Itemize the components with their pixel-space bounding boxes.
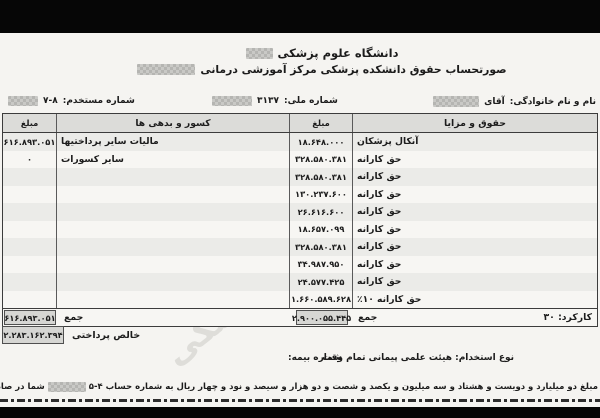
- earning-label: آنکال پزشکان: [353, 133, 597, 151]
- table-header-row: مبلغ کسور و بدهی ها مبلغ حقوق و مزایا: [3, 114, 597, 133]
- work-days: کارکرد: ۳۰: [543, 312, 592, 323]
- deductions-amount-header: مبلغ: [3, 114, 57, 132]
- insurance-number-label: شماره بیمه:: [288, 353, 342, 363]
- earning-amount: ۳۴.۹۸۷.۹۵۰: [290, 256, 353, 274]
- name-label: نام و نام خانوادگی:: [510, 97, 596, 107]
- earning-amount: ۱۳۰.۲۳۷.۶۰۰: [290, 186, 353, 204]
- deductions-total-cell: ۶۱۶.۸۹۳.۰۵۱: [3, 309, 57, 326]
- national-id-label: شماره ملی:: [284, 96, 338, 106]
- deposit-text-start: مبلغ دو میلیارد و دویست و هشتاد و سه میل…: [89, 382, 598, 392]
- net-pay-box: ۲.۲۸۳.۱۶۲.۳۹۴: [2, 326, 64, 344]
- table-row: ۳۲۸.۵۸۰.۳۸۱ حق کارانه: [3, 168, 597, 186]
- deduction-amount: [3, 238, 57, 256]
- deposit-statement: مبلغ دو میلیارد و دویست و هشتاد و سه میل…: [0, 380, 600, 394]
- deductions-header: کسور و بدهی ها: [57, 114, 290, 132]
- earning-label: حق کارانه: [353, 186, 597, 204]
- deduction-label: سایر کسورات: [57, 151, 290, 169]
- deduction-label: [57, 291, 290, 309]
- statement-title: صورتحساب حقوق دانشکده پزشکی مرکز آموزشی …: [200, 63, 506, 76]
- deduction-amount: [3, 203, 57, 221]
- deduction-label: [57, 186, 290, 204]
- deductions-total-box: ۶۱۶.۸۹۳.۰۵۱: [4, 310, 56, 325]
- deposit-text-end: شما در صادرات شعبه مرکزی(سپهرکارت) واریز…: [0, 382, 45, 392]
- deduction-label: [57, 203, 290, 221]
- deduction-label: [57, 221, 290, 239]
- earning-label: حق کارانه: [353, 168, 597, 186]
- deduction-label: [57, 273, 290, 291]
- earning-amount: ۳۲۸.۵۸۰.۳۸۱: [290, 168, 353, 186]
- earning-label: حق کارانه: [353, 238, 597, 256]
- employee-number-field: شماره مستخدم: ۷-۸: [8, 96, 135, 106]
- sum-label: جمع: [64, 312, 83, 323]
- deduction-amount: [3, 168, 57, 186]
- name-field: نام و نام خانوادگی: آقای: [433, 96, 596, 107]
- earning-amount: ۱.۶۶۰.۵۸۹.۶۲۸: [290, 291, 353, 309]
- table-row: ۶۱۶.۸۹۳.۰۵۱ مالیات سایر پرداختیها ۱۸.۶۴۸…: [3, 133, 597, 151]
- dashed-separator-line: [0, 399, 600, 402]
- earning-label: حق کارانه: [353, 273, 597, 291]
- table-row: ۱۸.۶۵۷.۰۹۹ حق کارانه: [3, 221, 597, 239]
- totals-row: ۶۱۶.۸۹۳.۰۵۱ جمع ۲.۹۰۰.۰۵۵.۴۴۵ جمع کارکرد…: [3, 308, 597, 326]
- net-pay-row: ۲.۲۸۳.۱۶۲.۳۹۴ خالص پرداختی: [2, 326, 140, 344]
- deduction-label: [57, 256, 290, 274]
- employee-number-value: ۷-۸: [43, 96, 58, 106]
- earning-amount: ۱۸.۶۴۸.۰۰۰: [290, 133, 353, 151]
- earnings-amount-header: مبلغ: [290, 114, 353, 132]
- university-title-line: دانشگاه علوم پزشکی: [246, 45, 399, 61]
- deduction-label: [57, 238, 290, 256]
- earning-amount: ۳۲۸.۵۸۰.۳۸۱: [290, 151, 353, 169]
- table-row: ۱۳۰.۲۳۷.۶۰۰ حق کارانه: [3, 186, 597, 204]
- name-prefix: آقای: [484, 97, 505, 107]
- deduction-label: [57, 168, 290, 186]
- employee-number-label: شماره مستخدم:: [63, 96, 135, 106]
- employee-info-row: نام و نام خانوادگی: آقای شماره ملی: ۳۱۳۷…: [0, 96, 600, 110]
- earning-label: حق کارانه: [353, 151, 597, 169]
- deductions-sum-label-cell: جمع: [57, 309, 290, 326]
- earning-label: حق کارانه ۱۰٪: [353, 291, 597, 309]
- table-row: ۰ سایر کسورات ۳۲۸.۵۸۰.۳۸۱ حق کارانه: [3, 151, 597, 169]
- account-number-redaction: [48, 382, 86, 392]
- employment-row: نوع استخدام: هیئت علمی پیمانی تمام وقت ش…: [0, 353, 600, 366]
- table-row: ۳۴.۹۸۷.۹۵۰ حق کارانه: [3, 256, 597, 274]
- deduction-amount: ۶۱۶.۸۹۳.۰۵۱: [3, 133, 57, 151]
- table-row: ۲۶.۶۱۶.۶۰۰ حق کارانه: [3, 203, 597, 221]
- deduction-amount: [3, 273, 57, 291]
- table-row: ۲۴.۵۷۷.۴۲۵ حق کارانه: [3, 273, 597, 291]
- national-id-field: شماره ملی: ۳۱۳۷: [212, 96, 338, 106]
- name-redaction: [433, 96, 479, 107]
- university-name-redaction: [246, 48, 273, 59]
- earning-amount: ۳۲۸.۵۸۰.۳۸۱: [290, 238, 353, 256]
- earnings-total-cell: ۲.۹۰۰.۰۵۵.۴۴۵: [290, 309, 353, 326]
- earning-amount: ۲۶.۶۱۶.۶۰۰: [290, 203, 353, 221]
- statement-title-line: صورتحساب حقوق دانشکده پزشکی مرکز آموزشی …: [137, 61, 506, 77]
- employment-type: نوع استخدام: هیئت علمی پیمانی تمام وقت: [322, 353, 514, 363]
- national-id-value: ۳۱۳۷: [257, 96, 279, 106]
- earning-label: حق کارانه: [353, 256, 597, 274]
- national-id-redaction: [212, 96, 252, 106]
- earnings-total-box: ۲.۹۰۰.۰۵۵.۴۴۵: [296, 310, 348, 325]
- deduction-label: مالیات سایر پرداختیها: [57, 133, 290, 151]
- earning-label: حق کارانه: [353, 203, 597, 221]
- net-pay-label: خالص پرداختی: [72, 330, 140, 341]
- earning-label: حق کارانه: [353, 221, 597, 239]
- center-name-redaction: [137, 64, 195, 75]
- table-row: ۱.۶۶۰.۵۸۹.۶۲۸ حق کارانه ۱۰٪: [3, 291, 597, 309]
- top-redaction-bar: [0, 0, 600, 33]
- document-header: دانشگاه علوم پزشکی صورتحساب حقوق دانشکده…: [22, 45, 600, 77]
- bottom-redaction-bar: [0, 407, 600, 418]
- earning-amount: ۱۸.۶۵۷.۰۹۹: [290, 221, 353, 239]
- employee-number-redaction: [8, 96, 38, 106]
- earnings-header: حقوق و مزایا: [353, 114, 597, 132]
- table-row: ۳۲۸.۵۸۰.۳۸۱ حق کارانه: [3, 238, 597, 256]
- university-title: دانشگاه علوم پزشکی: [278, 46, 399, 60]
- deduction-amount: [3, 221, 57, 239]
- deduction-amount: [3, 291, 57, 309]
- deduction-amount: [3, 186, 57, 204]
- payroll-table: مبلغ کسور و بدهی ها مبلغ حقوق و مزایا ۶۱…: [2, 113, 598, 327]
- earnings-sum-cell: جمع کارکرد: ۳۰: [353, 309, 597, 326]
- deduction-amount: [3, 256, 57, 274]
- deduction-amount: ۰: [3, 151, 57, 169]
- earning-amount: ۲۴.۵۷۷.۴۲۵: [290, 273, 353, 291]
- payslip-document: دانشگاه علوم پزشکی دانشگاه علوم پزشکی صو…: [0, 0, 600, 418]
- sum-label: جمع: [358, 312, 377, 323]
